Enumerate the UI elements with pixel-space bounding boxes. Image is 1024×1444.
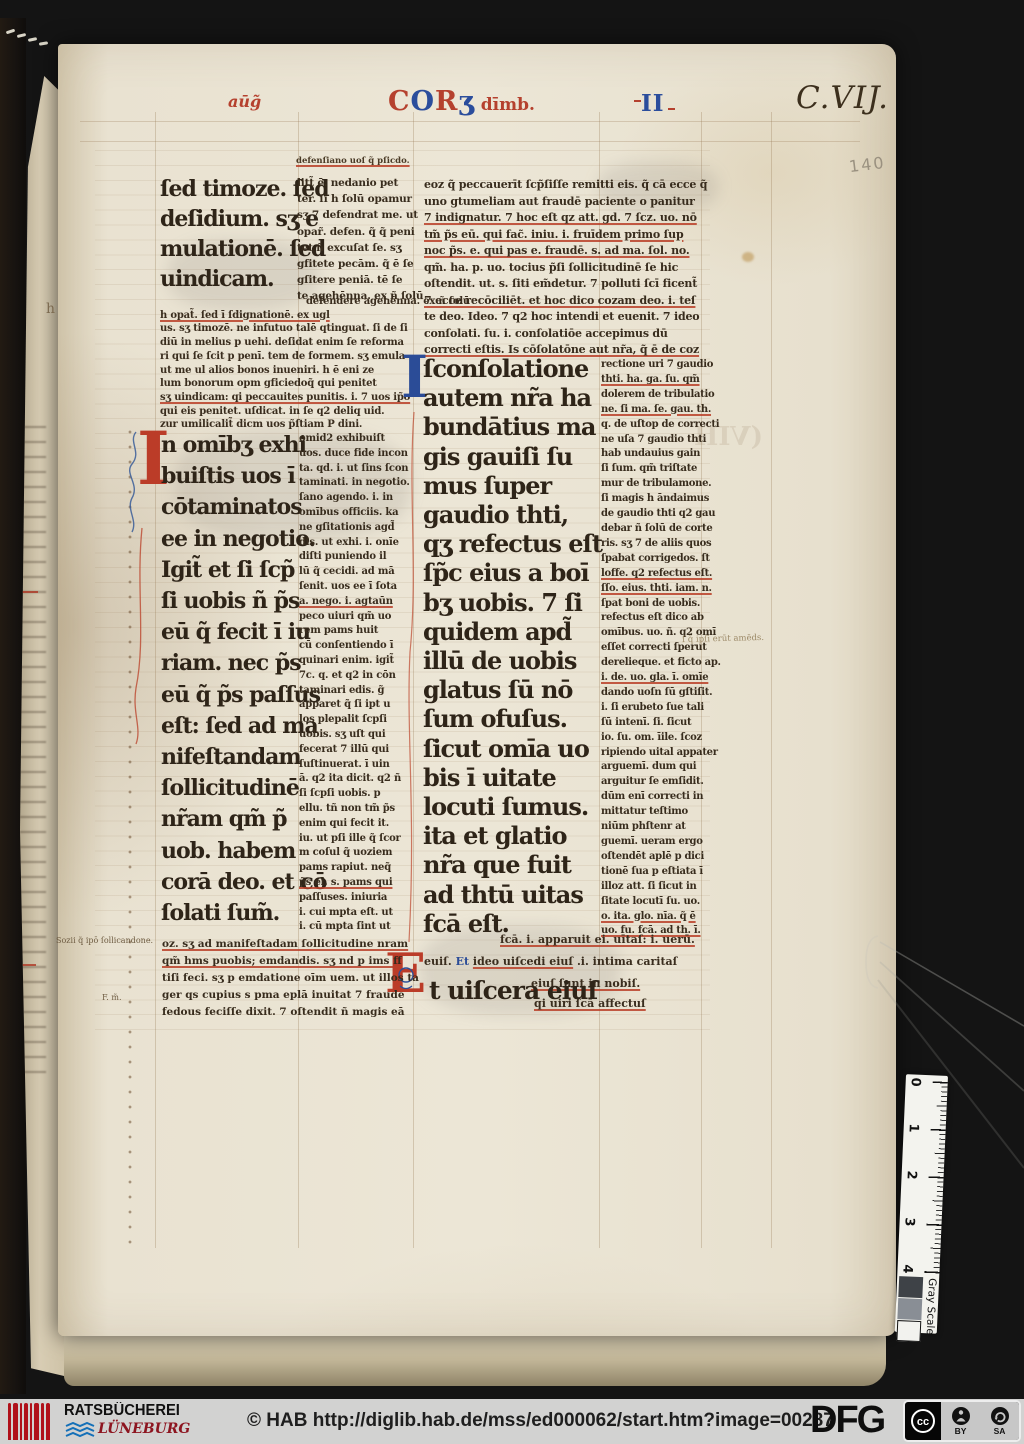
text-line: illū de uobis	[423, 646, 602, 675]
text-line: niūm phſtenr at	[601, 820, 721, 835]
ruler-number: 2	[903, 1170, 918, 1180]
text-line: noc p̃s. e. qui pas e. fraudē. s. ad ma.…	[424, 243, 707, 260]
title-letter: O	[411, 86, 436, 117]
bottom-commentary-block: oz. sʒ ad manifeſtadam ſollicitudine nra…	[162, 936, 419, 1021]
text-line: hab undauius gain	[601, 447, 721, 462]
person-icon	[951, 1406, 971, 1426]
ruling-line	[771, 112, 772, 1248]
text-line: de gaudio thti q2 gau	[601, 507, 721, 522]
text-line: bundātius ma	[423, 412, 602, 441]
cc-by-module: BY	[951, 1406, 971, 1436]
rubric-tick	[634, 100, 641, 102]
cc-license-badge: cc BY SA	[903, 1400, 1021, 1442]
ruler-number: 0	[908, 1077, 923, 1087]
text-line: ris. sʒ 7 de aliis quos	[601, 537, 721, 552]
gray-patch-dark	[898, 1276, 923, 1298]
text-line: ſicut omīa uo	[423, 734, 602, 763]
cc-sa-label: SA	[994, 1427, 1006, 1436]
middle-column-biblical-text: ſconſolationeautem nr̃a habundātius magi…	[423, 354, 602, 938]
rubric-tick	[668, 108, 675, 110]
commentary-column-b: omid2 exhibuiſtuos. duce fide inconta. q…	[299, 432, 410, 935]
text-line: autem nr̃a ha	[423, 383, 602, 412]
ruler-number: 1	[906, 1123, 921, 1133]
text-line: mus ſuper	[423, 471, 602, 500]
logo-bar	[46, 1403, 50, 1440]
text-line: ſano agendo. i. in	[299, 491, 410, 506]
text-line: paſſuses. iniuria	[299, 891, 410, 906]
quire-signature: aūg̃	[228, 92, 261, 111]
text-line: uno gtumeliam aut fraudē paciente o pani…	[424, 194, 707, 211]
text-line: taminari edis. g̃	[299, 684, 410, 699]
text-line: glatus ſū nō	[423, 675, 602, 704]
running-title: CORʒ dīmb.	[388, 86, 535, 117]
chapter-numeral: II	[641, 90, 665, 117]
gloss-text: .i. intima caritaſ	[573, 955, 677, 968]
text-line: rectione uri 7 gaudio	[601, 358, 721, 373]
margin-mark: h	[46, 301, 55, 317]
text-line: lū q̃ cecidi. ad mā	[299, 565, 410, 580]
text-line: litt̃ ē. nedanio pet	[297, 175, 423, 191]
text-line: dando uoſn ſū gſtiſit.	[601, 686, 721, 701]
text-line: ad thtū uitas	[423, 880, 602, 909]
text-line: gfitete pecām. q̃ ē ſe	[297, 256, 423, 272]
text-line: omībus officiis. ka	[299, 506, 410, 521]
text-line: ta. qd. i. ut ſins ſcon	[299, 462, 410, 477]
text-line: ne gſitationis agd̃	[299, 521, 410, 536]
text-line: ſum ofuſus.	[423, 704, 602, 733]
text-line: tm̃ p̃s eū. qui fac̃. iniu. i. fruīdem p…	[424, 227, 707, 244]
previous-page-rubric-mark	[22, 591, 38, 593]
text-line: 7c. q. et q2 in cōn	[299, 669, 410, 684]
text-line: o. ita. glo. nīa. q̃ ē	[601, 910, 721, 925]
text-line: ſi ſum. qm̃ triſtate	[601, 462, 721, 477]
gloss-text: ideo uiſcedi eiuſ	[473, 955, 573, 968]
commentary-column-b-top: litt̃ ē. nedanio petter. ſi h ſolū opamu…	[297, 175, 423, 305]
pen-flourish	[404, 412, 424, 952]
logo-bar	[8, 1403, 11, 1440]
ruler-label: Gray Scale	[923, 1271, 938, 1341]
text-line: 7 indignatur. 7 hoc eſt qz att. gd. 7 ſc…	[424, 210, 707, 227]
text-line: mittatur teſtimo	[601, 805, 721, 820]
text-line: oſtendit. ut. s. ſiti em̃detur. 7 pollut…	[424, 276, 707, 293]
text-line: ita et glatio	[423, 821, 602, 850]
text-line: loffe. q2 refectus eſt.	[601, 567, 721, 582]
binding-stitch	[39, 41, 48, 46]
text-line: i. de. uo. gla. ī. omīe	[601, 671, 721, 686]
ruling-line	[80, 121, 860, 122]
text-line: sʒ 7 defendrat me. ut	[297, 207, 423, 223]
cc-license-modules: BY SA	[941, 1402, 1019, 1440]
text-line: conſolati. ſu. i. conſolatiōe accepimus …	[424, 326, 707, 343]
text-line: ſpat boni de uobis.	[601, 597, 721, 612]
logo-bar	[30, 1403, 32, 1440]
text-line: tiſi feci. sʒ p emdatione oīm uem. ut il…	[162, 970, 419, 987]
text-line: thti. ha. ga. ſu. qm̃	[601, 373, 721, 388]
text-line: iu. ut pſi ille q̃ ſcor	[299, 832, 410, 847]
text-line: fedous feciſſe dixit. 7 oſtendit ñ magis…	[162, 1004, 419, 1021]
text-line: gis gauiſi ſu	[423, 442, 602, 471]
text-line: ſi magis h āndaimus	[601, 492, 721, 507]
text-line: apparet q̃ ſi ipt u	[299, 698, 410, 713]
logo-bar	[20, 1403, 22, 1440]
title-letter: C	[388, 86, 411, 117]
image-credit-url: © HAB http://diglib.hab.de/mss/ed000062/…	[247, 1410, 834, 1432]
text-line: ſi ſcpſi uobis. p	[299, 787, 410, 802]
text-line: i. cū mpta ſint ut	[299, 920, 410, 935]
text-line: quidem apd̃	[423, 617, 602, 646]
margin-note: F. m̃.	[102, 993, 122, 1002]
text-line: m coſul q̃ uoziem	[299, 846, 410, 861]
gloss-line: euiſ. Et ideo uiſcedi eiuſ .i. intima ca…	[424, 955, 677, 968]
text-line: 7 ecce recōciliēt. et hoc dico cozam deo…	[424, 293, 707, 310]
text-line: arguitur ſe emſidit.	[601, 775, 721, 790]
text-line: enim qui fecit it.	[299, 817, 410, 832]
text-line: gaudio thti,	[423, 500, 602, 529]
title-letter: R	[435, 86, 458, 117]
title-letter: ʒ	[458, 86, 474, 117]
text-line: uos. duce fide incon	[299, 447, 410, 462]
text-line: ſū intenī. ſi. ſicut	[601, 716, 721, 731]
dfg-logo: DFG	[810, 1399, 884, 1442]
commentary-column-d: rectione uri 7 gaudiothti. ha. ga. ſu. q…	[601, 358, 721, 939]
text-line: te deo. Ideo. 7 q2 hoc intendi et euenit…	[424, 309, 707, 326]
page-bottom-edge	[64, 1328, 886, 1386]
text-line: derelieque. et ficto ap.	[601, 656, 721, 671]
text-line: bʒ uobis. 7 ſi	[423, 588, 602, 617]
text-line: gſitere peniā. tē ſe	[297, 272, 423, 288]
previous-page-text-marks	[20, 426, 46, 1086]
cc-sa-module: SA	[990, 1406, 1010, 1436]
text-line: ā. q2 ita dicit. q2 ñ	[299, 772, 410, 787]
ruler-number: 3	[901, 1217, 916, 1227]
gloss-line: fcā. i. apparuit ei. uītaſ: i. uerū.	[500, 933, 695, 946]
text-line: ſuſtinuerat. ī uin	[299, 758, 410, 773]
text-line: i. ſi erubeto ſue tali	[601, 701, 721, 716]
text-line: oz. sʒ ad manifeſtadam ſollicitudine nra…	[162, 936, 419, 953]
text-line: diſti puniendo il	[299, 550, 410, 565]
text-line: p̃s eī. s. pams qui	[299, 876, 410, 891]
text-line: te agehēnna. ex ñ ſolū	[297, 288, 423, 304]
text-line: tionē ſua p eſtiata ī	[601, 865, 721, 880]
upper-commentary-block: eoz q̃ peccauerīt ſcp̃ſiſſe remitti eis.…	[424, 177, 707, 359]
text-line: dis. ut exhi. i. onīe	[299, 536, 410, 551]
text-line: quinari enim. igit̃	[299, 654, 410, 669]
text-line: dolerem de tribulatio	[601, 388, 721, 403]
text-line: ter. ſi h ſolū opamur	[297, 191, 423, 207]
ruling-line	[80, 141, 860, 142]
text-line: fecerat 7 illū qui	[299, 743, 410, 758]
svg-text:cc: cc	[917, 1416, 929, 1428]
waves-icon	[64, 1422, 96, 1438]
cc-icon: cc	[905, 1407, 941, 1435]
text-line: nr̃a que fuit	[423, 850, 602, 879]
text-line: ne. ſi ma. ſe. gau. th.	[601, 403, 721, 418]
text-line: ger qs cupius s pma eplā inuitat 7 fraud…	[162, 987, 419, 1004]
text-line: debar ñ ſolū de corte	[601, 522, 721, 537]
text-line: qm̃ hms puobis; emdandis. sʒ nd p ims ff	[162, 953, 419, 970]
biblical-text-et-viscera: t uiſcera eiuſ	[429, 976, 597, 1005]
library-city: LÜNEBURG	[98, 1421, 190, 1437]
text-line: ellu. tñ non tm̃ p̃s	[299, 802, 410, 817]
text-line: los plepalit ſcpſi	[299, 713, 410, 728]
text-line: bis ī uitate	[423, 763, 602, 792]
running-title-letters: CORʒ	[388, 86, 475, 117]
text-line: refectus eſt dico ab	[601, 611, 721, 626]
margin-note: Sozii q̃ ipō ſollicandone.	[56, 936, 153, 945]
text-line: dūm enī correcti in	[601, 790, 721, 805]
digitized-manuscript-scan: (VIII aūg̃ CORʒ dīmb. II C.VIJ. 140 ſed …	[0, 0, 1024, 1444]
cc-by-label: BY	[955, 1427, 967, 1436]
text-line: rem pams huit	[299, 624, 410, 639]
text-line: guemī. ueram ergo	[601, 835, 721, 850]
text-line: omid2 exhibuiſt	[299, 432, 410, 447]
text-line: ſitate locutī ſu. uo.	[601, 895, 721, 910]
text-line: ſenit. uos ee ī ſota	[299, 580, 410, 595]
share-alike-icon	[990, 1406, 1010, 1426]
footer-credit-bar: RATSBÜCHEREI LÜNEBURG © HAB http://digli…	[0, 1399, 1024, 1444]
text-line: illoz att. ſi ſicut in	[601, 880, 721, 895]
text-line: ripiendo uital appater	[601, 746, 721, 761]
text-line: qʒ refectus eſt	[423, 529, 602, 558]
text-line: locuti ſumus.	[423, 792, 602, 821]
blue-et-initial: Et	[456, 955, 469, 968]
text-line: eoz q̃ peccauerīt ſcp̃ſiſſe remitti eis.…	[424, 177, 707, 194]
text-line: q. de uſtop de correcti	[601, 418, 721, 433]
logo-bar	[24, 1403, 28, 1440]
library-logo-bars	[8, 1403, 50, 1440]
text-line: opar̃. defen. q̃ q̃ peni	[297, 224, 423, 240]
ruler-number: 4	[899, 1264, 914, 1274]
text-line: ſp̃c eius a boī	[423, 558, 602, 587]
commentary-header-note: defenſiano uoſ q̃ pſicdo.	[296, 156, 410, 166]
text-line: ſpabat corrigedos. ſt	[601, 552, 721, 567]
pen-flourish	[122, 428, 148, 748]
gray-patch-mid	[897, 1298, 922, 1320]
library-name: RATSBÜCHEREI	[64, 1402, 180, 1420]
text-line: cū conſentiendo ī	[299, 639, 410, 654]
chapter-heading: C.VIJ.	[796, 80, 889, 116]
ruler-ticks: 0 1 2 3 4	[897, 1080, 947, 1274]
text-line: ne uſa 7 gaudio thti	[601, 433, 721, 448]
logo-bar	[13, 1403, 18, 1440]
logo-bar	[34, 1403, 39, 1440]
ink-spot	[742, 252, 754, 262]
text-line: taminati. in negotio.	[299, 476, 410, 491]
logo-bar	[41, 1403, 44, 1440]
text-line: ſſo. eius. thti. iam. n.	[601, 582, 721, 597]
gloss-text: euiſ.	[424, 955, 456, 968]
text-line: uobis. sʒ uſt qui	[299, 728, 410, 743]
text-line: arguemī. dum qui	[601, 760, 721, 775]
gray-patch-white	[896, 1320, 921, 1342]
text-line: mur de tribulamone.	[601, 477, 721, 492]
text-line: qm̃. ha. p. uo. tocius p̃ſi ſollicitudin…	[424, 260, 707, 277]
text-line: i. cui mpta eſt. ut	[299, 906, 410, 921]
text-line: pams rapiut. neq̃	[299, 861, 410, 876]
text-line: tet ñ excuſat ſe. sʒ	[297, 240, 423, 256]
binding-stitch	[28, 37, 37, 42]
text-line: io. ſu. om. īile. ſcoz	[601, 731, 721, 746]
running-title-suffix: dīmb.	[475, 95, 535, 115]
text-line: peco uiuri qm̃ uo	[299, 610, 410, 625]
text-line: oſtendēt aplē p dici	[601, 850, 721, 865]
text-line: ſconſolatione	[423, 354, 602, 383]
text-line: a. nego. i. agtaūn	[299, 595, 410, 610]
